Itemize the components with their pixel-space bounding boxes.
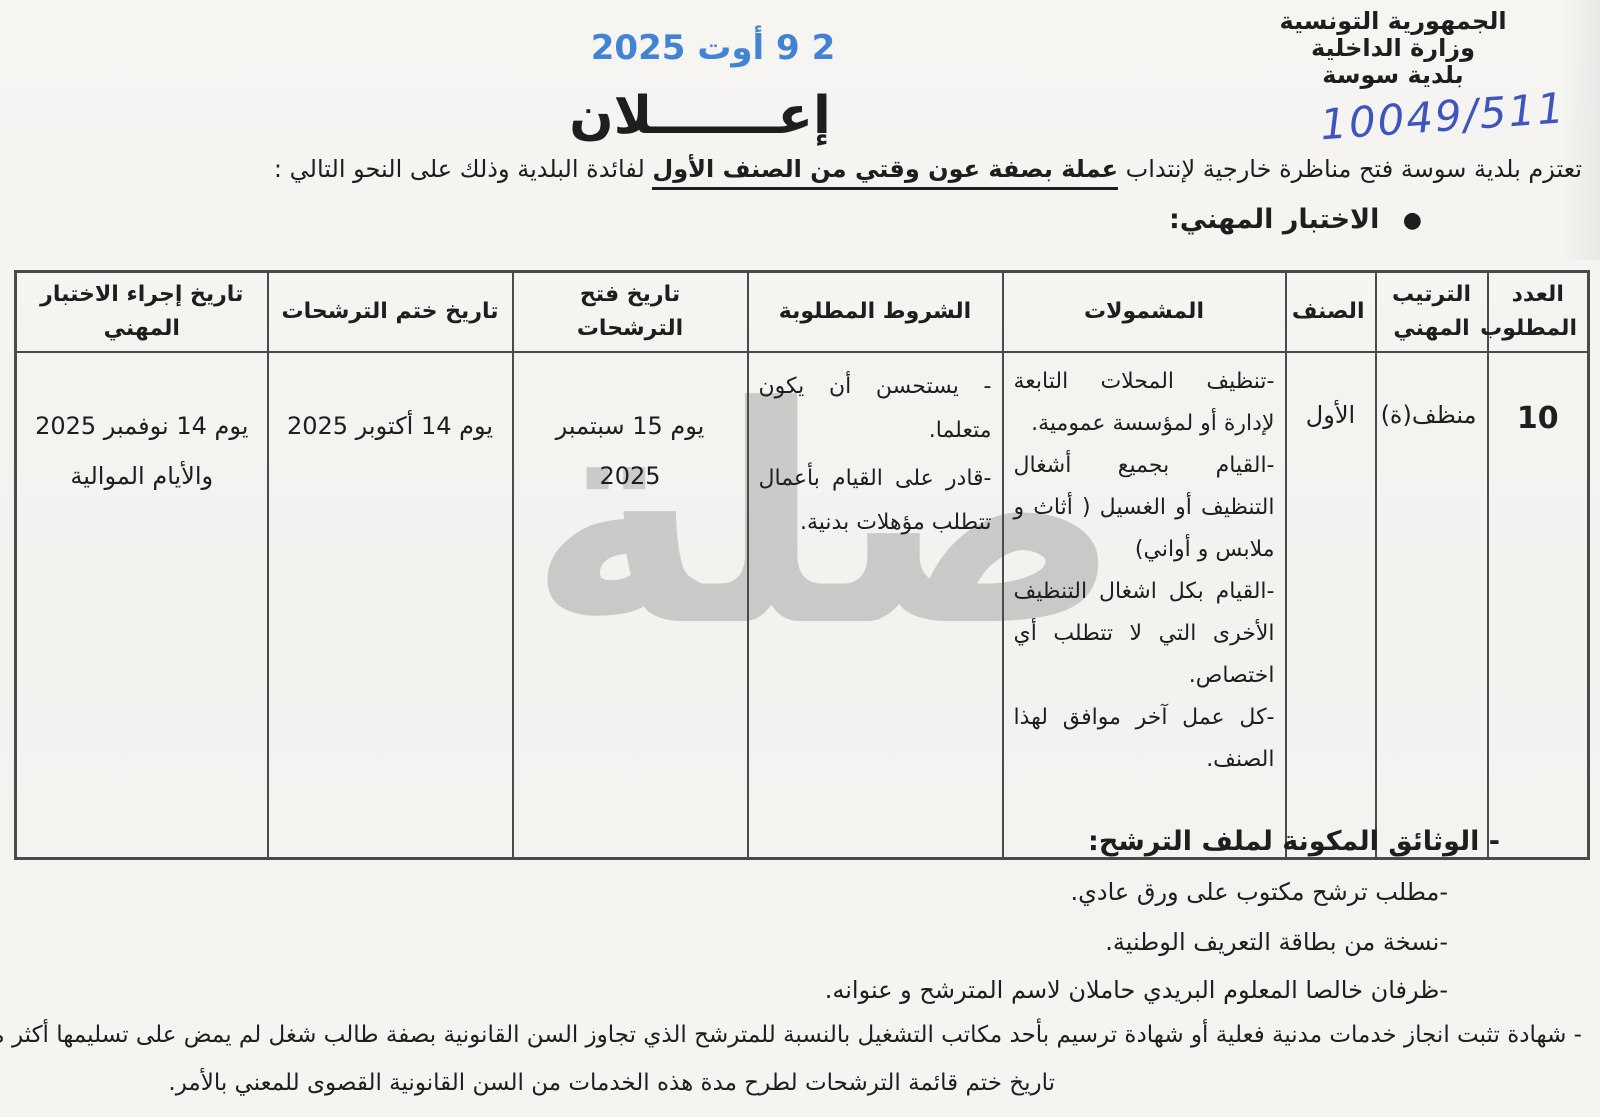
intro-paragraph: تعتزم بلدية سوسة فتح مناظرة خارجية لإنتد… — [274, 155, 1582, 183]
intro-highlight-underlined: عملة بصفة عون وقتي من الصنف الأول — [652, 155, 1118, 190]
reference-number-handwritten: 10049/511 — [1319, 84, 1562, 150]
intro-text-after: لفائدة البلدية وذلك على النحو التالي : — [274, 155, 652, 183]
cell-category: الأول — [1286, 352, 1376, 859]
letterhead-line-republic: الجمهورية التونسية — [1278, 8, 1508, 35]
exam-date: يوم 14 نوفمبر 2025 — [27, 401, 257, 451]
exam-date-note: والأيام الموالية — [27, 451, 257, 501]
cell-professional-rank: منظف(ة) — [1376, 352, 1488, 859]
announcement-table: العدد المطلوب الترتيب المهني الصنف المشم… — [14, 270, 1590, 860]
duty-item: -القيام بجميع أشغال التنظيف أو الغسيل ( … — [1014, 445, 1275, 571]
cell-exam-date: يوم 14 نوفمبر 2025 والأيام الموالية — [16, 352, 268, 859]
professional-test-heading: ● الاختبار المهني: — [1169, 204, 1422, 235]
table-header-duties: المشمولات — [1003, 272, 1286, 353]
document-item: -ظرفان خالصا المعلوم البريدي حاملان لاسم… — [825, 976, 1448, 1004]
document-item-long-line1: - شهادة تثبت انجاز خدمات مدنية فعلية أو … — [0, 1022, 1582, 1048]
date-stamp: 2 9 أوت 2025 — [578, 28, 848, 68]
duty-item: -تنظيف المحلات التابعة لإدارة أو لمؤسسة … — [1014, 361, 1275, 445]
condition-item: -قادر على القيام بأعمال تتطلب مؤهلات بدن… — [759, 453, 992, 545]
table-header-open-date: تاريخ فتح الترشحات — [513, 272, 748, 353]
duty-item: -القيام بكل اشغال التنظيف الأخرى التي لا… — [1014, 571, 1275, 697]
duty-item: -كل عمل آخر موافق لهذا الصنف. — [1014, 697, 1275, 781]
professional-test-heading-label: الاختبار المهني: — [1169, 204, 1379, 235]
cell-duties: -تنظيف المحلات التابعة لإدارة أو لمؤسسة … — [1003, 352, 1286, 859]
cell-required-count: 10 — [1488, 352, 1589, 859]
letterhead: الجمهورية التونسية وزارة الداخلية بلدية … — [1278, 8, 1508, 89]
cell-open-date: يوم 15 سبتمبر 2025 — [513, 352, 748, 859]
documents-heading: - الوثائق المكونة لملف الترشح: — [1088, 826, 1500, 857]
document-item: -نسخة من بطاقة التعريف الوطنية. — [1105, 928, 1448, 956]
table-header-close-date: تاريخ ختم الترشحات — [268, 272, 513, 353]
letterhead-line-municipality: بلدية سوسة — [1278, 62, 1508, 89]
document-item-long-line2: تاريخ ختم قائمة الترشحات لطرح مدة هذه ال… — [168, 1070, 1055, 1096]
letterhead-line-ministry: وزارة الداخلية — [1278, 35, 1508, 62]
cell-conditions: - يستحسن أن يكون متعلما. -قادر على القيا… — [748, 352, 1003, 859]
document-item: -مطلب ترشح مكتوب على ورق عادي. — [1070, 878, 1448, 906]
table-data-row: 10 منظف(ة) الأول -تنظيف المحلات التابعة … — [16, 352, 1589, 859]
table-header-professional-rank: الترتيب المهني — [1376, 272, 1488, 353]
cell-close-date: يوم 14 أكتوبر 2025 — [268, 352, 513, 859]
scanned-announcement-page: الجمهورية التونسية وزارة الداخلية بلدية … — [0, 0, 1600, 1117]
table-header-required-count: العدد المطلوب — [1488, 272, 1589, 353]
bullet-icon: ● — [1403, 208, 1422, 233]
condition-item: - يستحسن أن يكون متعلما. — [759, 361, 992, 453]
table-header-exam-date: تاريخ إجراء الاختبار المهني — [16, 272, 268, 353]
table-header-conditions: الشروط المطلوبة — [748, 272, 1003, 353]
page-title: إعـــــــلان — [540, 86, 860, 146]
intro-text-before: تعتزم بلدية سوسة فتح مناظرة خارجية لإنتد… — [1118, 155, 1582, 183]
table-header-category: الصنف — [1286, 272, 1376, 353]
table-header-row: العدد المطلوب الترتيب المهني الصنف المشم… — [16, 272, 1589, 353]
